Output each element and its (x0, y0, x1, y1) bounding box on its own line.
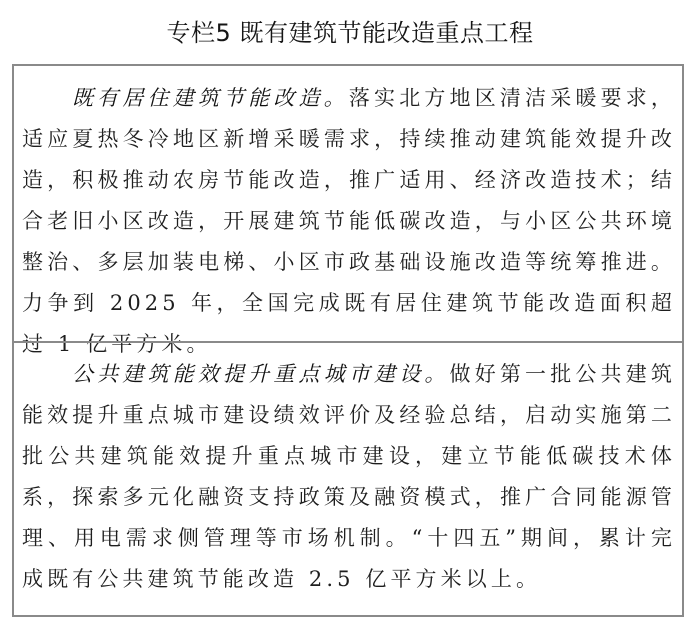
section-divider (14, 341, 682, 343)
paragraph: 公共建筑能效提升重点城市建设。做好第一批公共建筑能效提升重点城市建设绩效评价及经… (22, 354, 676, 600)
paragraph: 既有居住建筑节能改造。落实北方地区清洁采暖要求，适应夏热冬冷地区新增采暖需求，持… (22, 78, 676, 365)
section-heading: 公共建筑能效提升重点城市建设。 (72, 362, 450, 386)
section-body: 做好第一批公共建筑能效提升重点城市建设绩效评价及经验总结，启动实施第二批公共建筑… (22, 362, 676, 591)
section-body: 落实北方地区清洁采暖要求，适应夏热冬冷地区新增采暖需求，持续推动建筑能效提升改造… (22, 86, 676, 356)
section-heading: 既有居住建筑节能改造。 (72, 86, 349, 110)
section-public-building-efficiency: 公共建筑能效提升重点城市建设。做好第一批公共建筑能效提升重点城市建设绩效评价及经… (14, 354, 682, 600)
page-title: 专栏5 既有建筑节能改造重点工程 (0, 16, 700, 50)
section-residential-retrofit: 既有居住建筑节能改造。落实北方地区清洁采暖要求，适应夏热冬冷地区新增采暖需求，持… (14, 78, 682, 365)
special-column-box: 既有居住建筑节能改造。落实北方地区清洁采暖要求，适应夏热冬冷地区新增采暖需求，持… (12, 64, 684, 617)
